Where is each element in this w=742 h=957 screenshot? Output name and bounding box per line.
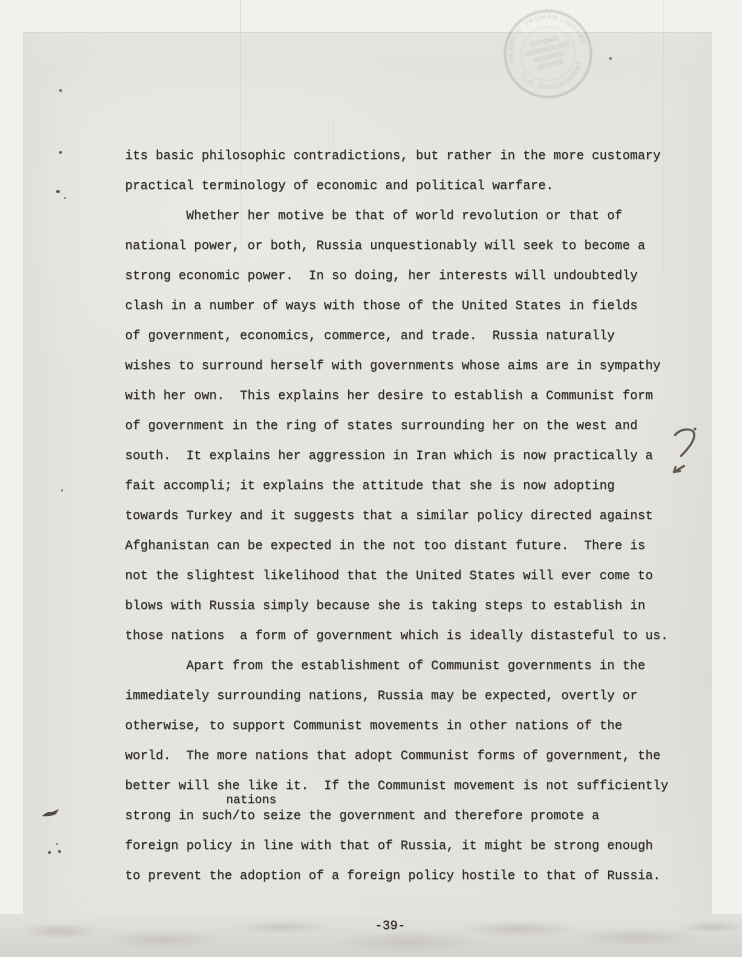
- text-line: otherwise, to support Communist movement…: [125, 711, 700, 741]
- text-line: world. The more nations that adopt Commu…: [125, 741, 700, 771]
- text-line: those nations a form of government which…: [125, 621, 700, 651]
- ink-speck: [58, 850, 61, 853]
- page-number: -39-: [125, 916, 655, 936]
- margin-annotation-mark: [668, 424, 718, 478]
- ink-speck: [56, 190, 60, 193]
- text-line: wishes to surround herself with governme…: [125, 351, 700, 381]
- text-line: not the slightest likelihood that the Un…: [125, 561, 700, 591]
- ink-speck: [59, 89, 62, 92]
- ink-speck: [59, 151, 62, 154]
- ink-speck: [64, 197, 66, 199]
- text-line: blows with Russia simply because she is …: [125, 591, 700, 621]
- text-line: better will she like it. If the Communis…: [125, 771, 700, 801]
- text-line: national power, or both, Russia unquesti…: [125, 231, 700, 261]
- text-line: fait accompli; it explains the attitude …: [125, 471, 700, 501]
- text-line: immediately surrounding nations, Russia …: [125, 681, 700, 711]
- scanned-document-page: HARRY S. TRUMAN LIBRARY U.S. GOVERNMENT …: [0, 0, 742, 957]
- text-line: Apart from the establishment of Communis…: [125, 651, 700, 681]
- ink-speck: [61, 489, 63, 492]
- text-line: Whether her motive be that of world revo…: [125, 201, 700, 231]
- text-line: strong in such/to seize the government a…: [125, 801, 700, 831]
- text-line: towards Turkey and it suggests that a si…: [125, 501, 700, 531]
- typewritten-text-block: its basic philosophic contradictions, bu…: [125, 141, 700, 891]
- ink-speck: [56, 843, 58, 845]
- text-line: its basic philosophic contradictions, bu…: [125, 141, 700, 171]
- text-line: practical terminology of economic and po…: [125, 171, 700, 201]
- typed-insertion-word: nations: [226, 794, 276, 806]
- text-line: south. It explains her aggression in Ira…: [125, 441, 700, 471]
- text-line: clash in a number of ways with those of …: [125, 291, 700, 321]
- text-line: foreign policy in line with that of Russ…: [125, 831, 700, 861]
- margin-ink-blob: [40, 806, 66, 822]
- text-line: of government, economics, commerce, and …: [125, 321, 700, 351]
- text-line: strong economic power. In so doing, her …: [125, 261, 700, 291]
- ink-speck: [48, 851, 51, 854]
- text-line: with her own. This explains her desire t…: [125, 381, 700, 411]
- text-line: Afghanistan can be expected in the not t…: [125, 531, 700, 561]
- ink-speck: [609, 57, 612, 60]
- text-line: to prevent the adoption of a foreign pol…: [125, 861, 700, 891]
- text-line: of government in the ring of states surr…: [125, 411, 700, 441]
